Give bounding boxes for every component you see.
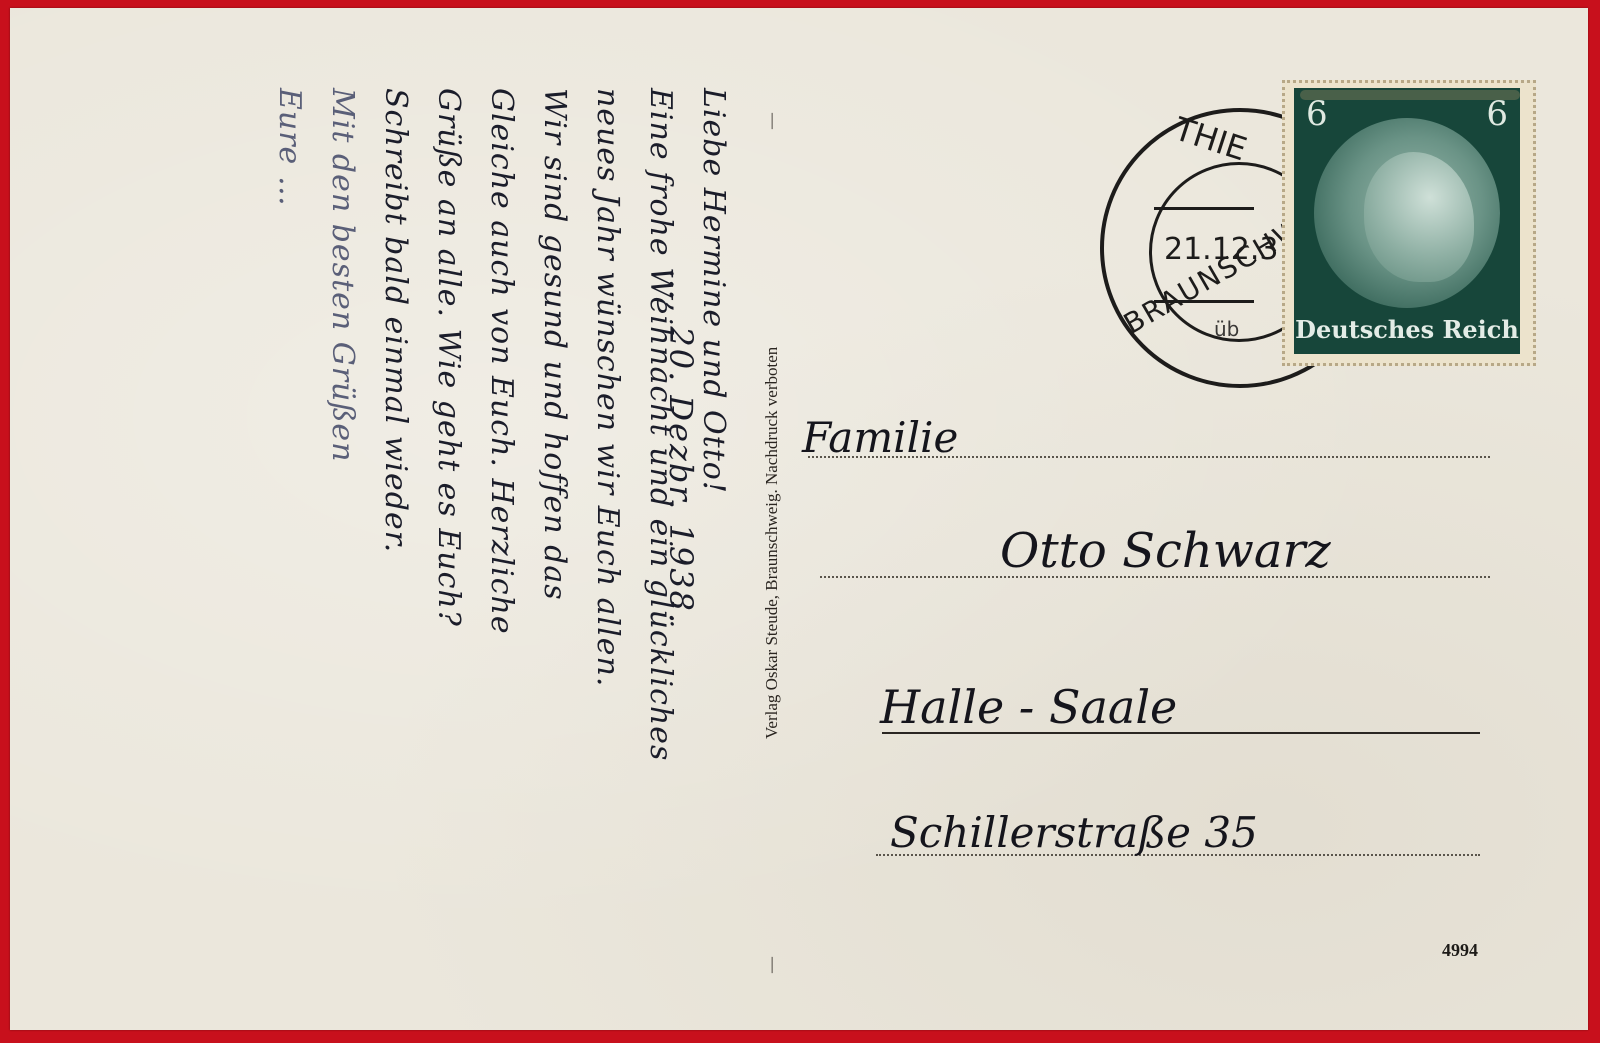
stamp-value-left: 6 [1306,94,1328,134]
portrait-head-icon [1364,152,1474,282]
postmark-sub: üb [1214,317,1239,341]
stamp-value-right: 6 [1486,94,1508,134]
message-line: Mit den besten Grüßen [316,88,369,1008]
address-street: Schillerstraße 35 [890,808,1258,857]
message-date-line: …, 20. Dezbr. 1938. [662,268,700,625]
address-salutation: Familie [802,413,958,462]
imprint-dash: — [763,113,781,129]
postmark-bar [1154,207,1254,210]
message-line: Eure … [263,88,316,1008]
message-line: Schreibt bald einmal wieder. [369,88,422,1008]
message-line: neues Jahr wünschen wir Euch allen. [581,88,634,1008]
stamp-label: Deutsches Reich [1294,315,1520,344]
message-line: Grüße an alle. Wie geht es Euch? [422,88,475,1008]
imprint-text: Verlag Oskar Steude, Braunschweig. Nachd… [762,347,782,739]
message-line: Wir sind gesund und hoffen das [528,88,581,1008]
postcard: Liebe Hermine und Otto! Eine frohe Weihn… [10,8,1588,1030]
portrait-medallion [1314,118,1500,308]
postmark-place-top: THIE [1170,110,1251,169]
address-city: Halle - Saale [880,680,1177,734]
handwritten-message: Liebe Hermine und Otto! Eine frohe Weihn… [30,88,740,1008]
paper-stain [1300,90,1520,100]
publisher-imprint: — Verlag Oskar Steude, Braunschweig. Nac… [762,113,782,973]
card-number: 4994 [1442,940,1478,961]
postage-stamp: 6 6 Deutsches Reich [1294,88,1520,354]
address-name: Otto Schwarz [1000,523,1331,579]
message-line: Gleiche auch von Euch. Herzliche [475,88,528,1008]
imprint-dash: — [763,957,781,973]
